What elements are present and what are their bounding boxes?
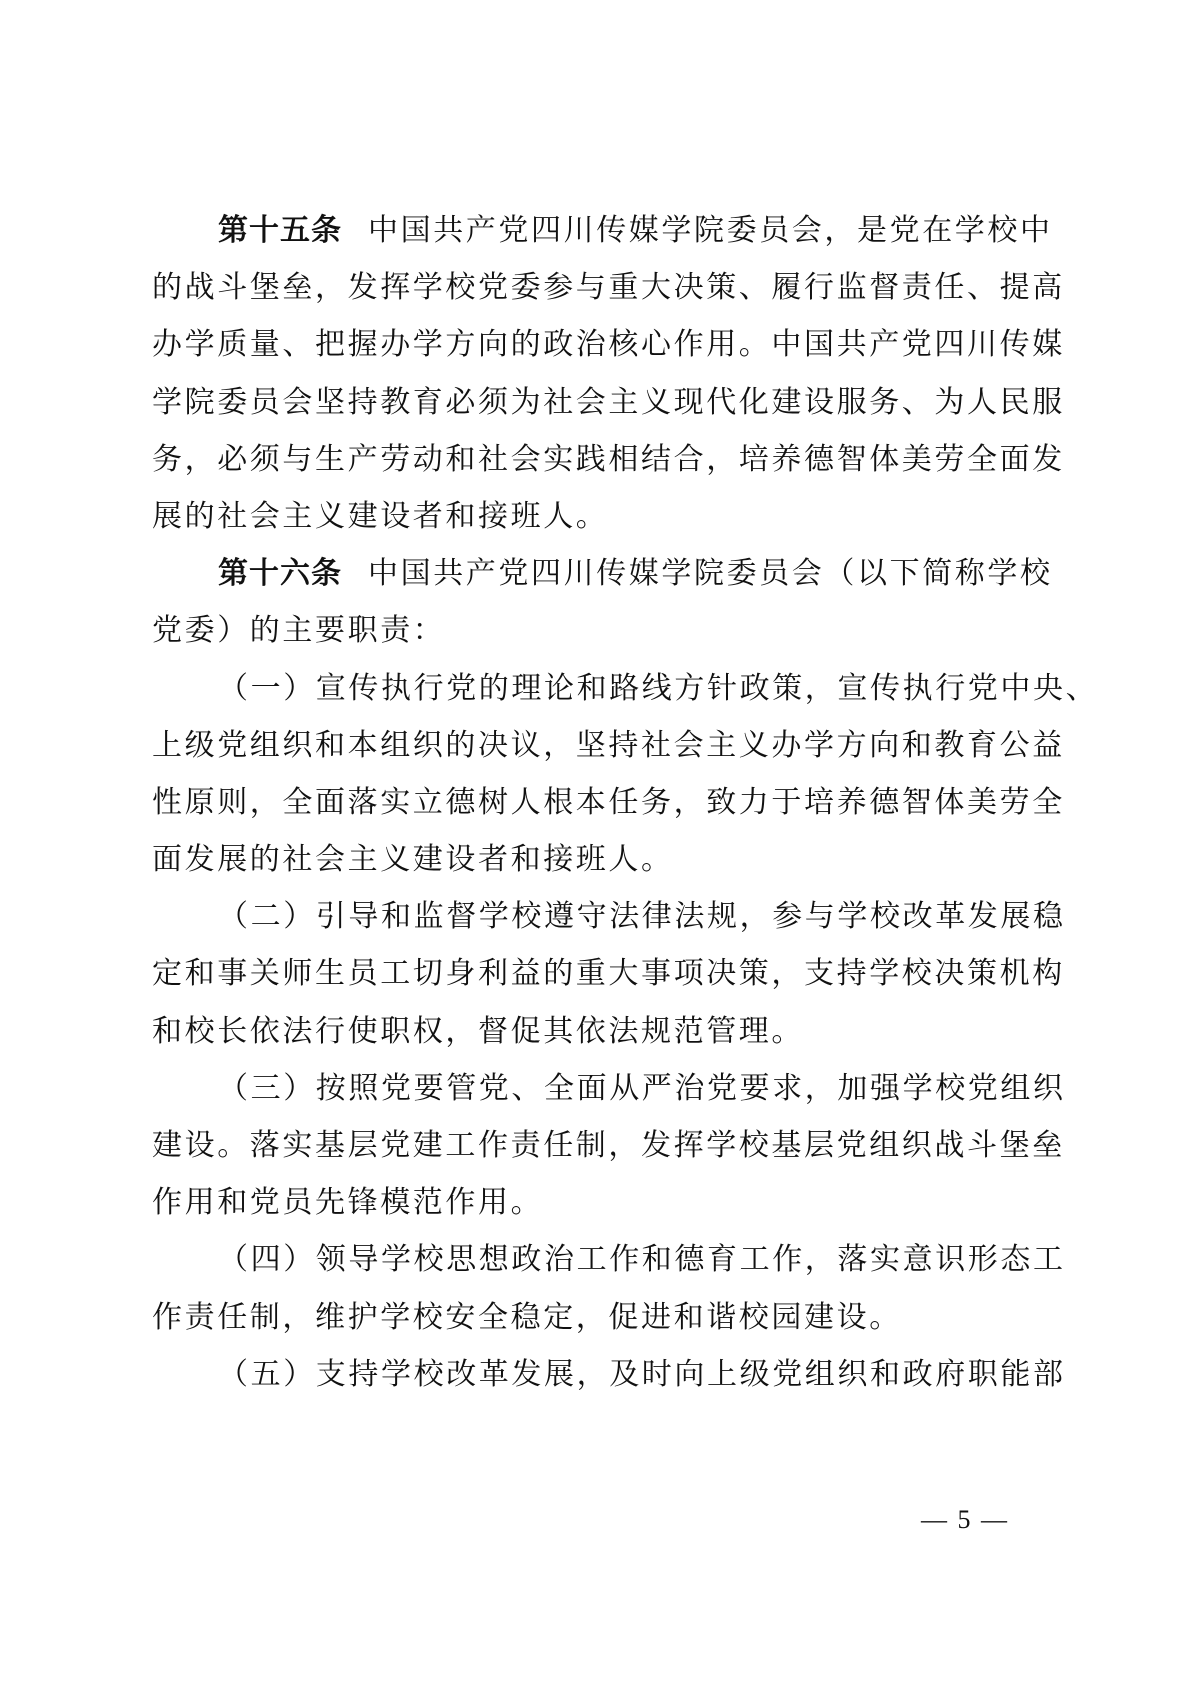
article-15-line-6: 展的社会主义建设者和接班人。 bbox=[152, 488, 1044, 545]
page-number: — 5 — bbox=[905, 1505, 1025, 1535]
document-body: 第十五条中国共产党四川传媒学院委员会，是党在学校中 的战斗堡垒，发挥学校党委参与… bbox=[152, 202, 1044, 1403]
article-15-number: 第十五条 bbox=[218, 213, 342, 248]
article-16-number: 第十六条 bbox=[218, 556, 342, 591]
article-15-line-1: 第十五条中国共产党四川传媒学院委员会，是党在学校中 bbox=[152, 202, 1044, 259]
article-15-line-3: 办学质量、把握办学方向的政治核心作用。中国共产党四川传媒 bbox=[152, 316, 1044, 373]
item-1-line-3: 性原则，全面落实立德树人根本任务，致力于培养德智体美劳全 bbox=[152, 774, 1044, 831]
item-5-line-1: （五）支持学校改革发展，及时向上级党组织和政府职能部 bbox=[152, 1346, 1044, 1403]
item-4-line-2: 作责任制，维护学校安全稳定，促进和谐校园建设。 bbox=[152, 1289, 1044, 1346]
article-15-line-4: 学院委员会坚持教育必须为社会主义现代化建设服务、为人民服 bbox=[152, 374, 1044, 431]
article-16-line-2: 党委）的主要职责： bbox=[152, 602, 1044, 659]
item-1-line-2: 上级党组织和本组织的决议，坚持社会主义办学方向和教育公益 bbox=[152, 717, 1044, 774]
item-3-line-2: 建设。落实基层党建工作责任制，发挥学校基层党组织战斗堡垒 bbox=[152, 1117, 1044, 1174]
article-15-line-2: 的战斗堡垒，发挥学校党委参与重大决策、履行监督责任、提高 bbox=[152, 259, 1044, 316]
item-3-line-1: （三）按照党要管党、全面从严治党要求，加强学校党组织 bbox=[152, 1060, 1044, 1117]
article-15-line-5: 务，必须与生产劳动和社会实践相结合，培养德智体美劳全面发 bbox=[152, 431, 1044, 488]
item-1-line-4: 面发展的社会主义建设者和接班人。 bbox=[152, 831, 1044, 888]
item-1-line-1: （一）宣传执行党的理论和路线方针政策，宣传执行党中央、 bbox=[152, 660, 1044, 717]
item-2-line-1: （二）引导和监督学校遵守法律法规，参与学校改革发展稳 bbox=[152, 888, 1044, 945]
article-15-text: 中国共产党四川传媒学院委员会，是党在学校中 bbox=[368, 213, 1053, 248]
item-3-line-3: 作用和党员先锋模范作用。 bbox=[152, 1174, 1044, 1231]
article-16-text: 中国共产党四川传媒学院委员会（以下简称学校 bbox=[368, 556, 1053, 591]
item-2-line-3: 和校长依法行使职权，督促其依法规范管理。 bbox=[152, 1003, 1044, 1060]
item-2-line-2: 定和事关师生员工切身利益的重大事项决策，支持学校决策机构 bbox=[152, 945, 1044, 1002]
article-16-line-1: 第十六条中国共产党四川传媒学院委员会（以下简称学校 bbox=[152, 545, 1044, 602]
item-4-line-1: （四）领导学校思想政治工作和德育工作，落实意识形态工 bbox=[152, 1231, 1044, 1288]
